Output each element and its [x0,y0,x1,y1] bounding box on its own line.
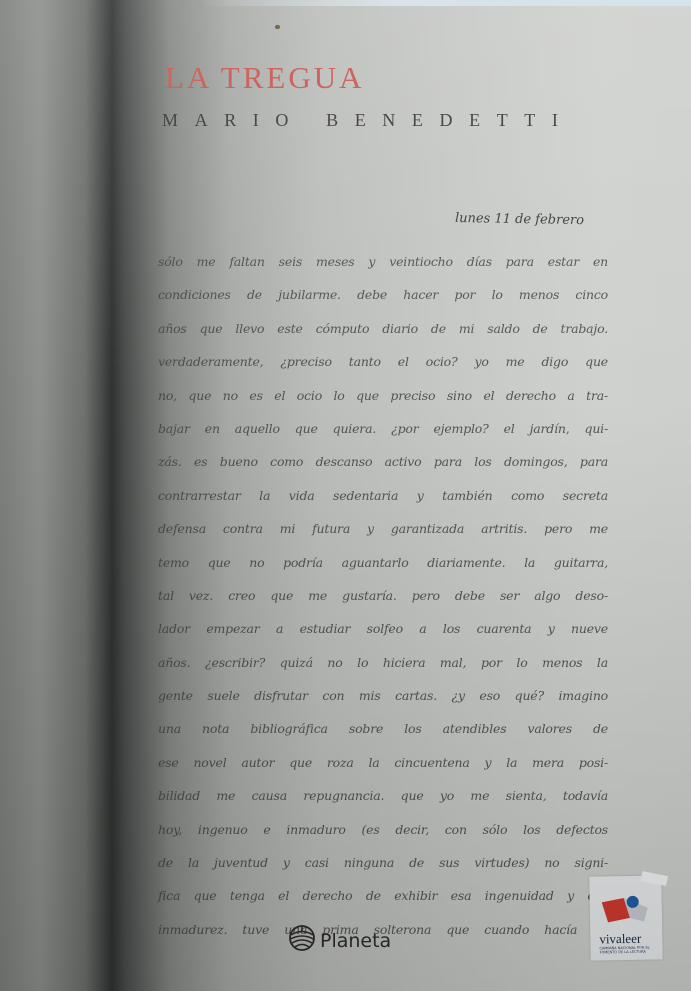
handwritten-line: temo que no podría aguantarlo diariament… [158,546,608,579]
handwritten-line: condiciones de jubilarme. debe hacer por… [158,278,608,311]
globe-icon [288,924,316,957]
handwritten-line: bilidad me causa repugnancia. que yo me … [158,779,608,812]
handwritten-line: zás. es bueno como descanso activo para … [158,445,608,478]
publisher-name: Planeta [320,930,391,952]
handwritten-text: sólo me faltan seis meses y veintiocho d… [158,245,608,946]
publisher-logo: Planeta [288,924,391,957]
handwritten-line: bajar en aquello que quiera. ¿por ejempl… [158,412,608,445]
sticker-subtext: CAMPAÑA NACIONAL POR EL FOMENTO DE LA LE… [599,945,655,954]
handwritten-line: años que llevo este cómputo diario de mi… [158,312,608,345]
vivaleer-sticker: vivaleer CAMPAÑA NACIONAL POR EL FOMENTO… [589,875,662,960]
handwritten-line: fica que tenga el derecho de exhibir esa… [158,879,608,912]
open-book-icon [600,892,655,932]
handwritten-line: defensa contra mi futura y garantizada a… [158,512,608,545]
sticker-fold [641,871,668,886]
dust-speck [275,25,280,29]
handwritten-line: sólo me faltan seis meses y veintiocho d… [158,245,608,278]
book-title: LA TREGUA [165,60,365,96]
book-author: MARIO BENEDETTI [162,110,574,131]
handwritten-line: lador empezar a estudiar solfeo a los cu… [158,612,608,645]
handwritten-date: lunes 11 de febrero [455,211,584,228]
handwritten-line: contrarrestar la vida sedentaria y tambi… [158,479,608,512]
handwritten-line: años. ¿escribir? quizá no lo hiciera mal… [158,646,608,679]
handwritten-line: verdaderamente, ¿preciso tanto el ocio? … [158,345,608,378]
cover-top-edge [200,0,691,6]
handwritten-line: una nota bibliográfica sobre los atendib… [158,712,608,745]
handwritten-line: no, que no es el ocio lo que preciso sin… [158,379,608,412]
handwritten-line: hoy, ingenuo e inmaduro (es decir, con s… [158,813,608,846]
book-cover: LA TREGUA MARIO BENEDETTI lunes 11 de fe… [0,0,691,991]
handwritten-line: de la juventud y casi ninguna de sus vir… [158,846,608,879]
handwritten-line: tal vez. creo que me gustaría. pero debe… [158,579,608,612]
handwritten-line: ese novel autor que roza la cincuentena … [158,746,608,779]
handwritten-line: gente suele disfrutar con mis cartas. ¿y… [158,679,608,712]
